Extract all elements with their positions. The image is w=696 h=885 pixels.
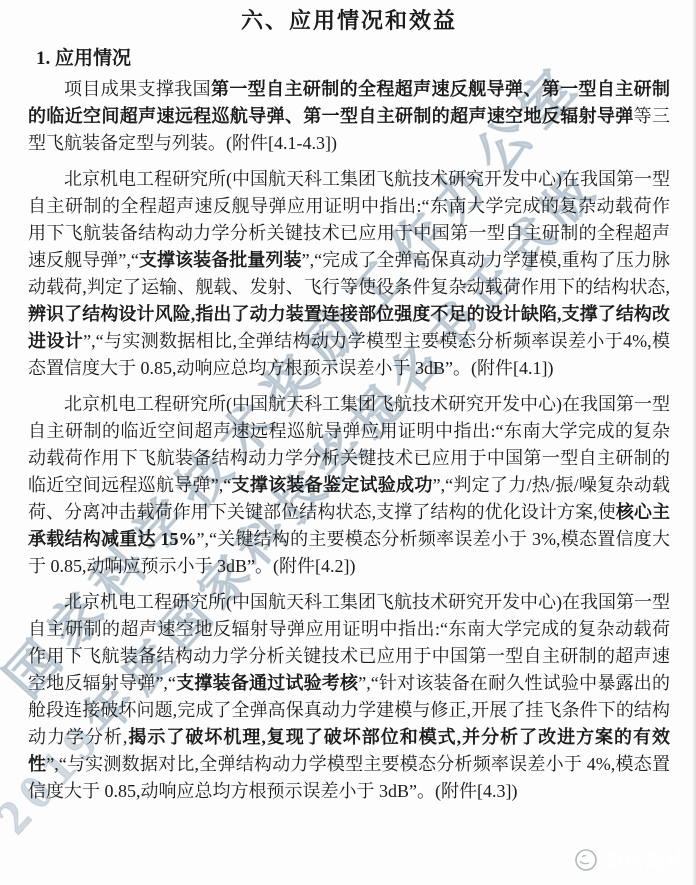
credit-watermark: 胡诌施佬 [574,846,688,873]
paragraph-antiship-missile-certificate: 北京机电工程研究所(中国航天科工集团飞航技术研究开发中心)在我国第一型自主研制的… [28,166,670,382]
section-heading: 1. 应用情况 [36,46,670,72]
paragraph-cruise-missile-certificate: 北京机电工程研究所(中国航天科工集团飞航技术研究开发中心)在我国第一型自主研制的… [28,391,670,580]
document-page: 国家科学技术奖励工作办公室 2019年度国家科技奖提名书正式版 六、应用情况和效… [0,0,696,885]
page-edge-shadow [692,0,696,885]
page-title: 六、应用情况和效益 [28,6,670,36]
paragraph-application-summary: 项目成果支撑我国第一型自主研制的全程超声速反舰导弹、第一型自主研制的临近空间超声… [28,76,670,157]
paragraph-antiradiation-missile-certificate: 北京机电工程研究所(中国航天科工集团飞航技术研究开发中心)在我国第一型自主研制的… [28,589,670,805]
credit-text: 胡诌施佬 [604,846,688,873]
document-content: 六、应用情况和效益 1. 应用情况 项目成果支撑我国第一型自主研制的全程超声速反… [28,0,670,814]
credit-avatar-icon [574,848,598,872]
